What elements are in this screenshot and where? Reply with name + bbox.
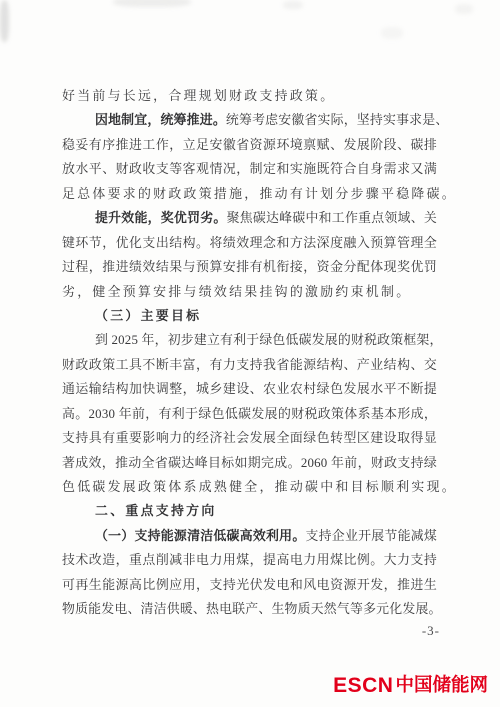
text-segment: 著成效，推动全省碳达峰目标如期完成。2060 年前，财政支持绿: [62, 456, 437, 470]
scan-artifact: [455, 4, 473, 14]
text-line: 支持具有重要影响力的经济社会发展全面绿色转型区建设取得显: [62, 426, 437, 450]
text-line: 技术改造，重点削减非电力用煤，提高电力用煤比例。大力支持: [62, 548, 437, 572]
text-segment: 统筹考虑安徽省实际，坚持实事求是、: [226, 113, 449, 127]
text-line: 财政政策工具不断丰富，有力支持我省能源结构、产业结构、交: [62, 353, 437, 377]
text-segment: 劣，健全预算安排与绩效结果挂钩的激励约束机制。: [62, 285, 411, 299]
watermark-cjk: 中国储能网: [395, 676, 488, 696]
scan-artifact: [0, 0, 9, 42]
text-segment: 聚焦碳达峰碳中和工作重点领域、关: [227, 211, 437, 225]
bold-text-segment: （一）支持能源清洁低碳高效利用。: [95, 529, 306, 543]
text-line: 放水平、财政收支等客观情况，制定和实施既符合自身需求又满: [62, 157, 437, 181]
text-line: 提升效能，奖优罚劣。聚焦碳达峰碳中和工作重点领域、关: [62, 206, 437, 230]
body-text: 好当前与长远，合理规划财政支持政策。因地制宜，统筹推进。统筹考虑安徽省实际，坚持…: [62, 84, 437, 622]
text-segment: 财政政策工具不断丰富，有力支持我省能源结构、产业结构、交: [62, 358, 437, 372]
watermark-latin: ESCN: [333, 676, 393, 696]
text-segment: 到 2025 年，初步建立有利于绿色低碳发展的财税政策框架，: [95, 333, 443, 347]
text-line: 好当前与长远，合理规划财政支持政策。: [62, 84, 437, 108]
text-segment: 足总体要求的财政政策措施，推动有计划分步骤平稳降碳。: [62, 187, 457, 201]
text-segment: 高。2030 年前，有利于绿色低碳发展的财税政策体系基本形成，: [62, 407, 437, 421]
text-segment: 键环节，优化支出结构。将绩效理念和方法深度融入预算管理全: [62, 236, 437, 250]
text-line: 足总体要求的财政政策措施，推动有计划分步骤平稳降碳。: [62, 182, 437, 206]
text-line: 稳妥有序推进工作，立足安徽省资源环境禀赋、发展阶段、碳排: [62, 133, 437, 157]
document-page: 好当前与长远，合理规划财政支持政策。因地制宜，统筹推进。统筹考虑安徽省实际，坚持…: [0, 0, 500, 707]
text-line: 二、重点支持方向: [62, 499, 437, 523]
text-line: 可再生能源高比例应用，支持光伏发电和风电资源开发，推进生: [62, 573, 437, 597]
bold-text-segment: （三）主要目标: [95, 309, 201, 323]
bold-text-segment: 二、重点支持方向: [95, 503, 217, 518]
text-line: （一）支持能源清洁低碳高效利用。支持企业开展节能减煤: [62, 524, 437, 548]
scan-artifact: [283, 1, 303, 9]
text-line: 键环节，优化支出结构。将绩效理念和方法深度融入预算管理全: [62, 231, 437, 255]
text-line: 因地制宜，统筹推进。统筹考虑安徽省实际，坚持实事求是、: [62, 108, 437, 132]
text-segment: 技术改造，重点削减非电力用煤，提高电力用煤比例。大力支持: [62, 553, 437, 567]
text-segment: 支持企业开展节能减煤: [306, 529, 438, 543]
bold-text-segment: 提升效能，奖优罚劣。: [95, 211, 227, 225]
text-line: （三）主要目标: [62, 304, 437, 328]
escn-watermark: ESCN 中国储能网: [333, 676, 488, 696]
text-line: 著成效，推动全省碳达峰目标如期完成。2060 年前，财政支持绿: [62, 451, 437, 475]
scan-artifact: [113, 0, 191, 7]
text-segment: 过程，推进绩效结果与预算安排有机衔接，资金分配体现奖优罚: [62, 260, 437, 274]
text-line: 色低碳发展政策体系成熟健全，推动碳中和目标顺利实现。: [62, 475, 437, 499]
page-number: -3-: [422, 622, 440, 640]
scan-artifact: [381, 27, 403, 39]
text-line: 劣，健全预算安排与绩效结果挂钩的激励约束机制。: [62, 280, 437, 304]
text-line: 物质能发电、清洁供暖、热电联产、生物质天然气等多元化发展。: [62, 597, 437, 621]
text-line: 过程，推进绩效结果与预算安排有机衔接，资金分配体现奖优罚: [62, 255, 437, 279]
text-segment: 放水平、财政收支等客观情况，制定和实施既符合自身需求又满: [62, 162, 437, 176]
text-segment: 支持具有重要影响力的经济社会发展全面绿色转型区建设取得显: [62, 431, 437, 445]
text-segment: 通运输结构加快调整，城乡建设、农业农村绿色发展水平不断提: [62, 382, 437, 396]
text-segment: 色低碳发展政策体系成熟健全，推动碳中和目标顺利实现。: [62, 480, 457, 494]
text-line: 高。2030 年前，有利于绿色低碳发展的财税政策体系基本形成，: [62, 402, 437, 426]
text-segment: 可再生能源高比例应用，支持光伏发电和风电资源开发，推进生: [62, 578, 437, 592]
text-line: 通运输结构加快调整，城乡建设、农业农村绿色发展水平不断提: [62, 377, 437, 401]
text-segment: 物质能发电、清洁供暖、热电联产、生物质天然气等多元化发展。: [62, 602, 442, 616]
text-line: 到 2025 年，初步建立有利于绿色低碳发展的财税政策框架，: [62, 328, 437, 352]
text-segment: 好当前与长远，合理规划财政支持政策。: [62, 89, 335, 103]
text-segment: 稳妥有序推进工作，立足安徽省资源环境禀赋、发展阶段、碳排: [62, 138, 437, 152]
bold-text-segment: 因地制宜，统筹推进。: [95, 113, 226, 127]
